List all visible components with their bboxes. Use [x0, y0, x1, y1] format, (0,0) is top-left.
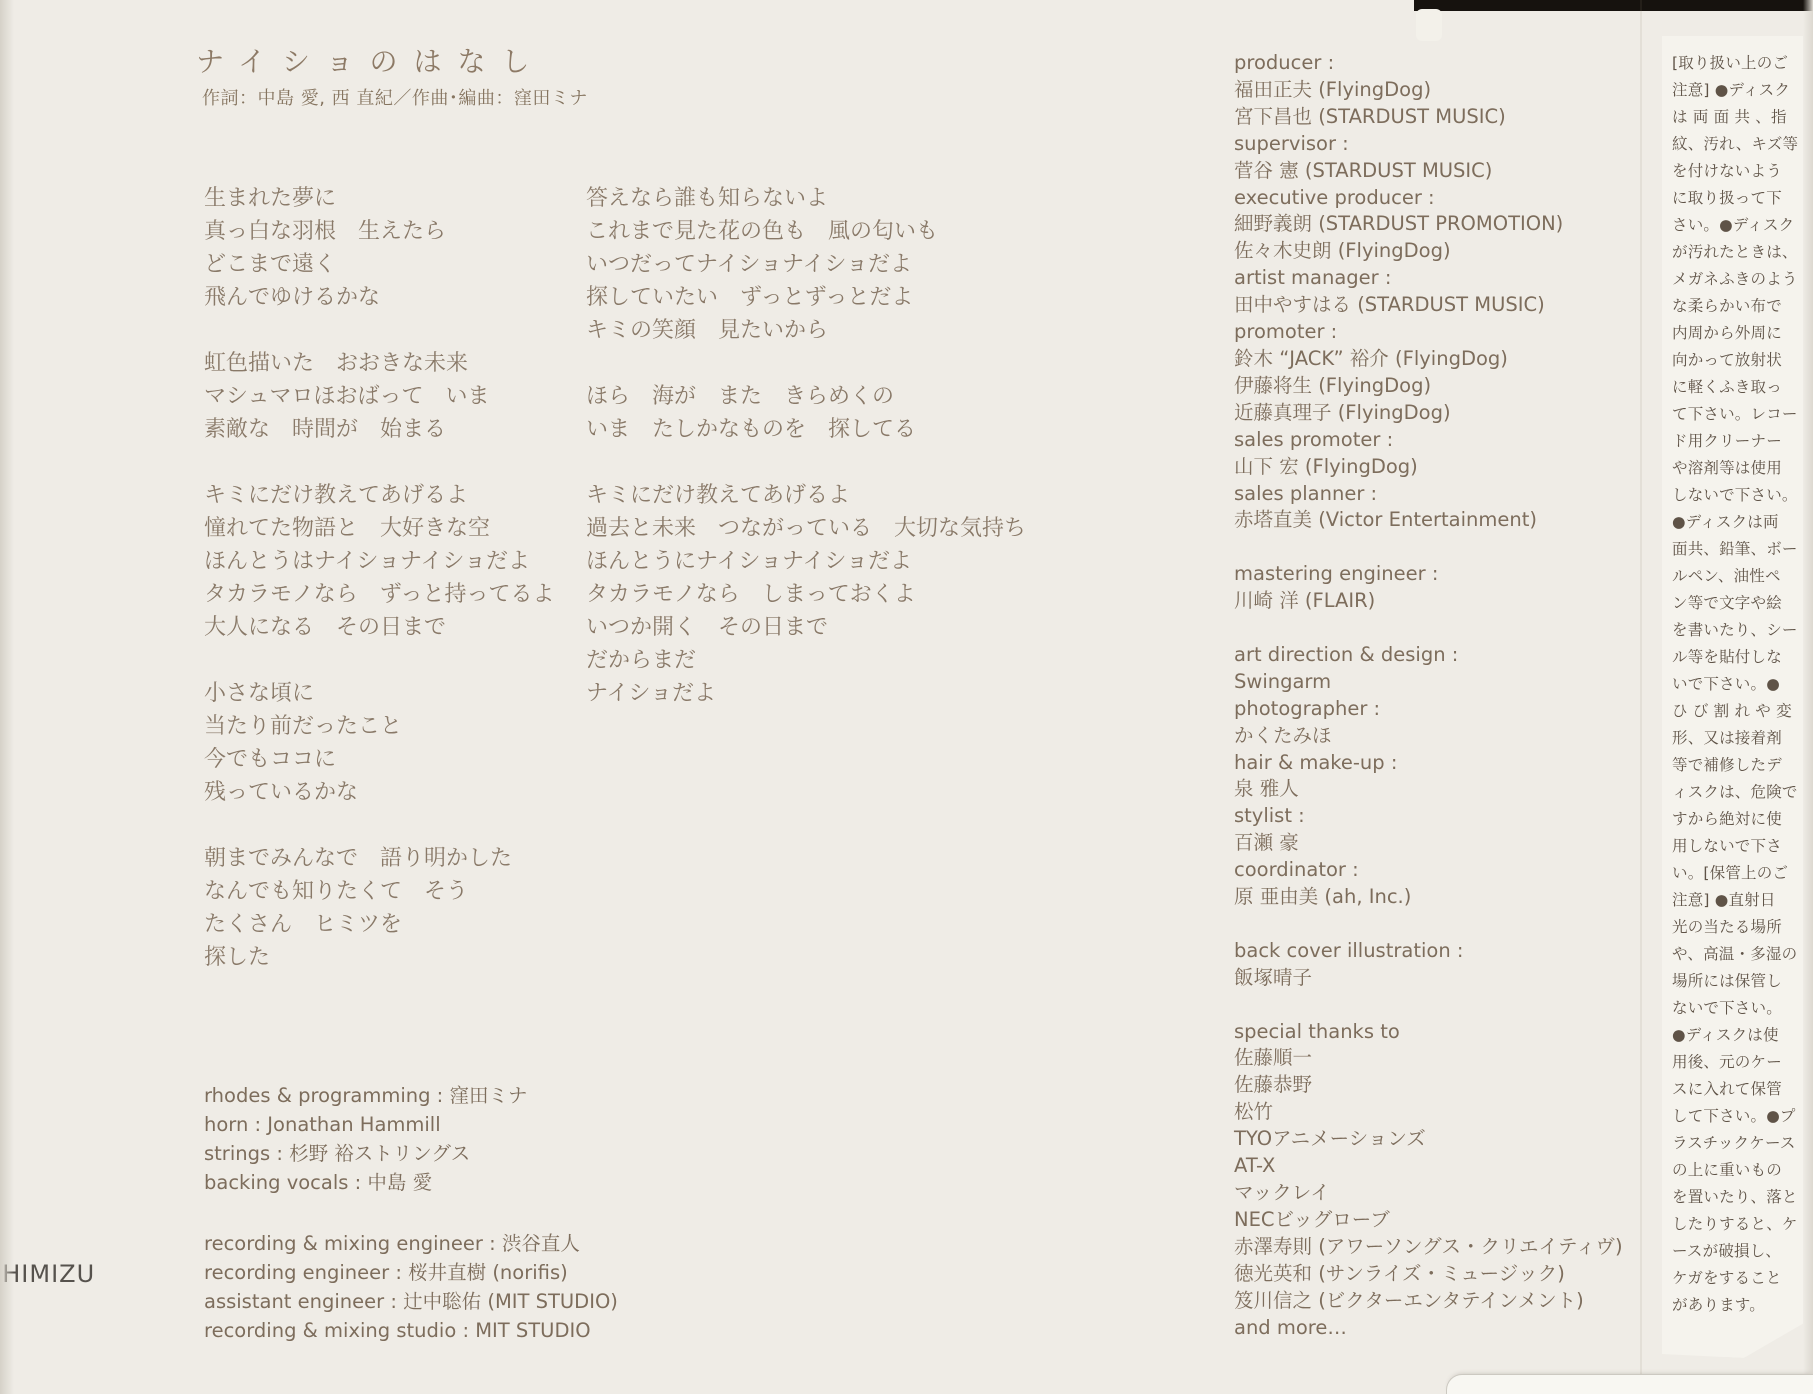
stanza: ほら 海が また きらめくのいま たしかなものを 探してる: [586, 380, 1026, 446]
text-line: special thanks to: [1234, 1019, 1623, 1046]
text-line: を書いたり、シー: [1672, 617, 1800, 644]
text-line: strings : 杉野 裕ストリングス: [204, 1139, 527, 1168]
text-line: ほんとうにナイショナイショだよ: [586, 545, 1026, 578]
text-line: タカラモノなら しまっておくよ: [586, 578, 1026, 611]
tray-card-corner: [1446, 1374, 1813, 1394]
text-line: 憧れてた物語と 大好きな空: [204, 512, 554, 545]
text-line: に軽くふき取っ: [1672, 374, 1800, 401]
text-line: ほら 海が また きらめくの: [586, 380, 1026, 413]
text-line: ド用クリーナー: [1672, 428, 1800, 455]
text-line: 内周から外周に: [1672, 320, 1800, 347]
text-line: rhodes & programming : 窪田ミナ: [204, 1081, 527, 1110]
text-line: 伊藤将生 (FlyingDog): [1234, 373, 1623, 400]
stanza: mastering engineer :川崎 洋 (FLAIR): [1234, 561, 1623, 615]
text-line: の上に重いもの: [1672, 1157, 1800, 1184]
text-line: なんでも知りたくて そう: [204, 875, 554, 908]
text-line: 徳光英和 (サンライズ・ミュージック): [1234, 1261, 1623, 1288]
songwriting-credit-line: 作詞：中島 愛, 西 直紀／作曲･編曲：窪田ミナ: [202, 84, 588, 110]
stanza: キミにだけ教えてあげるよ過去と未来 つながっている 大切な気持ちほんとうにナイシ…: [586, 479, 1026, 710]
text-line: したりすると、ケ: [1672, 1211, 1800, 1238]
text-line: て下さい。レコー: [1672, 401, 1800, 428]
text-line: 光の当たる場所: [1672, 914, 1800, 941]
text-line: sales promoter :: [1234, 427, 1623, 454]
text-line: ひ び 割 れ や 変: [1672, 698, 1800, 725]
text-line: 過去と未来 つながっている 大切な気持ち: [586, 512, 1026, 545]
text-line: いま たしかなものを 探してる: [586, 413, 1026, 446]
text-line: があります。: [1672, 1292, 1800, 1319]
text-line: 残っているかな: [204, 776, 554, 809]
text-line: mastering engineer :: [1234, 561, 1623, 588]
text-line: して下さい。●プ: [1672, 1103, 1800, 1130]
stanza: back cover illustration :飯塚晴子: [1234, 938, 1623, 992]
text-line: ケガをすること: [1672, 1265, 1800, 1292]
printer-margin-text: SHIMIZU: [0, 1260, 95, 1288]
text-line: art direction & design :: [1234, 642, 1623, 669]
text-line: 飯塚晴子: [1234, 965, 1623, 992]
text-line: 生まれた夢に: [204, 182, 554, 215]
text-line: sales planner :: [1234, 481, 1623, 508]
text-line: 用後、元のケー: [1672, 1049, 1800, 1076]
stanza: special thanks to佐藤順一佐藤恭野松竹TYOアニメーションズAT…: [1234, 1019, 1623, 1342]
text-line: 朝までみんなで 語り明かした: [204, 842, 554, 875]
text-line: 佐藤順一: [1234, 1045, 1623, 1072]
text-line: stylist :: [1234, 803, 1623, 830]
text-line: い。[保管上のご: [1672, 860, 1800, 887]
text-line: Swingarm: [1234, 669, 1623, 696]
text-line: ルペン、油性ペ: [1672, 563, 1800, 590]
text-line: や、高温・多湿の: [1672, 941, 1800, 968]
text-line: coordinator :: [1234, 857, 1623, 884]
text-line: 川崎 洋 (FLAIR): [1234, 588, 1623, 615]
text-line: 注意] ●ディスク: [1672, 77, 1800, 104]
text-line: マックレイ: [1234, 1180, 1623, 1207]
text-line: たくさん ヒミツを: [204, 908, 554, 941]
page-fold-crease: [1640, 0, 1642, 1394]
text-line: マシュマロほおばって いま: [204, 380, 554, 413]
text-line: だからまだ: [586, 644, 1026, 677]
text-line: 赤塔直美 (Victor Entertainment): [1234, 507, 1623, 534]
text-line: ●ディスクは両: [1672, 509, 1800, 536]
text-line: recording & mixing studio : MIT STUDIO: [204, 1316, 618, 1345]
text-line: 小さな頃に: [204, 677, 554, 710]
text-line: assistant engineer : 辻中聡佑 (MIT STUDIO): [204, 1287, 618, 1316]
text-line: キミの笑顔 見たいから: [586, 314, 1026, 347]
text-line: すから絶対に使: [1672, 806, 1800, 833]
stanza: 生まれた夢に真っ白な羽根 生えたらどこまで遠く飛んでゆけるかな: [204, 182, 554, 314]
text-line: 泉 雅人: [1234, 776, 1623, 803]
text-line: 細野義朗 (STARDUST PROMOTION): [1234, 211, 1623, 238]
text-line: ラスチックケース: [1672, 1130, 1800, 1157]
text-line: 素敵な 時間が 始まる: [204, 413, 554, 446]
text-line: 場所には保管し: [1672, 968, 1800, 995]
text-line: 面共、鉛筆、ボー: [1672, 536, 1800, 563]
text-line: recording & mixing engineer : 渋谷直人: [204, 1229, 618, 1258]
text-line: は 両 面 共 、指: [1672, 104, 1800, 131]
text-line: 赤澤寿則 (アワーソングス・クリエイティヴ): [1234, 1234, 1623, 1261]
text-line: 佐藤恭野: [1234, 1072, 1623, 1099]
text-line: キミにだけ教えてあげるよ: [586, 479, 1026, 512]
text-line: photographer :: [1234, 696, 1623, 723]
text-line: 宮下昌也 (STARDUST MUSIC): [1234, 104, 1623, 131]
text-line: executive producer :: [1234, 185, 1623, 212]
text-line: backing vocals : 中島 愛: [204, 1168, 527, 1197]
text-line: いで下さい。●: [1672, 671, 1800, 698]
text-line: 松竹: [1234, 1099, 1623, 1126]
staff-credits-column: producer :福田正夫 (FlyingDog)宮下昌也 (STARDUST…: [1234, 50, 1623, 1368]
song-title: ナイショのはなし: [196, 40, 545, 80]
text-line: に取り扱って下: [1672, 185, 1800, 212]
text-line: いつだってナイショナイショだよ: [586, 248, 1026, 281]
text-line: 百瀬 豪: [1234, 830, 1623, 857]
text-line: ル等を貼付しな: [1672, 644, 1800, 671]
text-line: が汚れたときは、: [1672, 239, 1800, 266]
text-line: 今でもココに: [204, 743, 554, 776]
scan-left-edge-shadow: [0, 0, 14, 1394]
text-line: 紋、汚れ、キズ等: [1672, 131, 1800, 158]
text-line: horn : Jonathan Hammill: [204, 1110, 527, 1139]
text-line: や溶剤等は使用: [1672, 455, 1800, 482]
text-line: 向かって放射状: [1672, 347, 1800, 374]
text-line: 探した: [204, 941, 554, 974]
text-line: ナイショだよ: [586, 677, 1026, 710]
text-line: スに入れて保管: [1672, 1076, 1800, 1103]
text-line: promoter :: [1234, 319, 1623, 346]
stanza: art direction & design :Swingarmphotogra…: [1234, 642, 1623, 911]
text-line: artist manager :: [1234, 265, 1623, 292]
text-line: 用しないで下さ: [1672, 833, 1800, 860]
musician-credits: rhodes & programming : 窪田ミナhorn : Jonath…: [204, 1081, 527, 1197]
stanza: キミにだけ教えてあげるよ憧れてた物語と 大好きな空ほんとうはナイショナイショだよ…: [204, 479, 554, 644]
text-line: recording engineer : 桜井直樹 (norifis): [204, 1258, 618, 1287]
text-line: 鈴木 “JACK” 裕介 (FlyingDog): [1234, 346, 1623, 373]
text-line: ほんとうはナイショナイショだよ: [204, 545, 554, 578]
text-line: ィスクは、危険で: [1672, 779, 1800, 806]
text-line: AT-X: [1234, 1153, 1623, 1180]
text-line: 飛んでゆけるかな: [204, 281, 554, 314]
text-line: producer :: [1234, 50, 1623, 77]
text-line: メガネふきのよう: [1672, 266, 1800, 293]
text-line: 福田正夫 (FlyingDog): [1234, 77, 1623, 104]
text-line: 注意] ●直射日: [1672, 887, 1800, 914]
recording-credits: recording & mixing engineer : 渋谷直人record…: [204, 1229, 618, 1345]
text-line: さい。●ディスク: [1672, 212, 1800, 239]
text-line: 笈川信之 (ビクターエンタテインメント): [1234, 1288, 1623, 1315]
care-instructions-text: [取り扱い上のご注意] ●ディスクは 両 面 共 、指紋、汚れ、キズ等を付けない…: [1672, 50, 1800, 1319]
scan-right-edge: [1803, 0, 1813, 1394]
text-line: いつか開く その日まで: [586, 611, 1026, 644]
scan-gap-black-bar: [1414, 0, 1813, 11]
text-line: しないで下さい。: [1672, 482, 1800, 509]
text-line: 近藤真理子 (FlyingDog): [1234, 400, 1623, 427]
text-line: 真っ白な羽根 生えたら: [204, 215, 554, 248]
text-line: 原 亜由美 (ah, Inc.): [1234, 884, 1623, 911]
text-line: ン等で文字や絵: [1672, 590, 1800, 617]
text-line: TYOアニメーションズ: [1234, 1126, 1623, 1153]
text-line: ●ディスクは使: [1672, 1022, 1800, 1049]
booklet-scan-page: [取り扱い上のご注意] ●ディスクは 両 面 共 、指紋、汚れ、キズ等を付けない…: [0, 0, 1813, 1394]
stanza: 答えなら誰も知らないよこれまで見た花の色も 風の匂いもいつだってナイショナイショ…: [586, 182, 1026, 347]
text-line: タカラモノなら ずっと持ってるよ: [204, 578, 554, 611]
stanza: 虹色描いた おおきな未来マシュマロほおばって いま素敵な 時間が 始まる: [204, 347, 554, 446]
stanza: 小さな頃に当たり前だったこと今でもココに残っているかな: [204, 677, 554, 809]
text-line: 当たり前だったこと: [204, 710, 554, 743]
stanza: producer :福田正夫 (FlyingDog)宮下昌也 (STARDUST…: [1234, 50, 1623, 534]
text-line: 形、又は接着剤: [1672, 725, 1800, 752]
text-line: 佐々木史朗 (FlyingDog): [1234, 238, 1623, 265]
stanza: 朝までみんなで 語り明かしたなんでも知りたくて そうたくさん ヒミツを探した: [204, 842, 554, 974]
text-line: 山下 宏 (FlyingDog): [1234, 454, 1623, 481]
text-line: hair & make-up :: [1234, 750, 1623, 777]
text-line: and more…: [1234, 1315, 1623, 1342]
text-line: 答えなら誰も知らないよ: [586, 182, 1026, 215]
text-line: キミにだけ教えてあげるよ: [204, 479, 554, 512]
text-line: 菅谷 憲 (STARDUST MUSIC): [1234, 158, 1623, 185]
text-line: 等で補修したデ: [1672, 752, 1800, 779]
booklet-corner-notch: [1416, 9, 1442, 41]
text-line: [取り扱い上のご: [1672, 50, 1800, 77]
text-line: NECビッグローブ: [1234, 1207, 1623, 1234]
text-line: かくたみほ: [1234, 723, 1623, 750]
text-line: 虹色描いた おおきな未来: [204, 347, 554, 380]
text-line: supervisor :: [1234, 131, 1623, 158]
text-line: を置いたり、落と: [1672, 1184, 1800, 1211]
text-line: 探していたい ずっとずっとだよ: [586, 281, 1026, 314]
care-instructions-strip: [取り扱い上のご注意] ●ディスクは 両 面 共 、指紋、汚れ、キズ等を付けない…: [1662, 36, 1803, 1358]
text-line: ないで下さい。: [1672, 995, 1800, 1022]
text-line: 田中やすはる (STARDUST MUSIC): [1234, 292, 1623, 319]
text-line: ースが破損し、: [1672, 1238, 1800, 1265]
text-line: これまで見た花の色も 風の匂いも: [586, 215, 1026, 248]
text-line: 大人になる その日まで: [204, 611, 554, 644]
text-line: back cover illustration :: [1234, 938, 1623, 965]
text-line: どこまで遠く: [204, 248, 554, 281]
lyrics-column-1: 生まれた夢に真っ白な羽根 生えたらどこまで遠く飛んでゆけるかな虹色描いた おおき…: [204, 182, 554, 1007]
lyrics-column-2: 答えなら誰も知らないよこれまで見た花の色も 風の匂いもいつだってナイショナイショ…: [586, 182, 1026, 743]
text-line: を付けないよう: [1672, 158, 1800, 185]
text-line: な柔らかい布で: [1672, 293, 1800, 320]
